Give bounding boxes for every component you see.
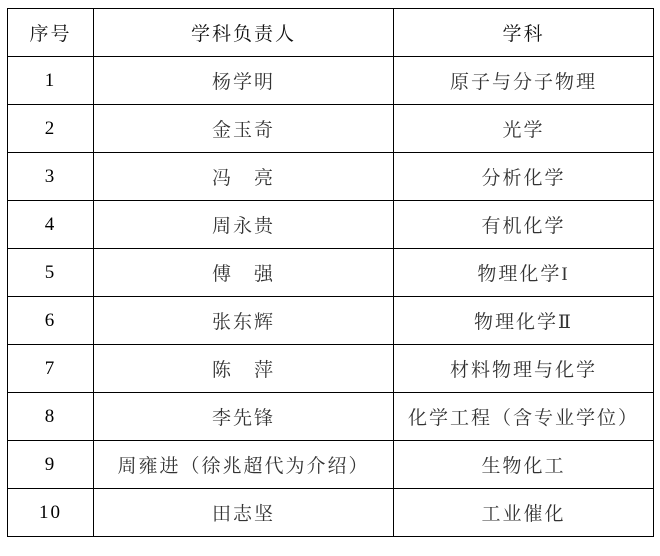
table-row: 7 陈 萍 材料物理与化学 — [8, 345, 654, 393]
table-row: 5 傅 强 物理化学I — [8, 249, 654, 297]
subject-name: 有机化学 — [394, 201, 654, 249]
leader-name: 金玉奇 — [94, 105, 394, 153]
row-number: 2 — [8, 105, 94, 153]
table-row: 4 周永贵 有机化学 — [8, 201, 654, 249]
row-number: 6 — [8, 297, 94, 345]
header-subject: 学科 — [394, 9, 654, 57]
leader-name: 傅 强 — [94, 249, 394, 297]
row-number: 5 — [8, 249, 94, 297]
subject-name: 化学工程（含专业学位） — [394, 393, 654, 441]
row-number: 7 — [8, 345, 94, 393]
table-row: 2 金玉奇 光学 — [8, 105, 654, 153]
table-row: 8 李先锋 化学工程（含专业学位） — [8, 393, 654, 441]
subject-name: 原子与分子物理 — [394, 57, 654, 105]
table-row: 9 周雍进（徐兆超代为介绍） 生物化工 — [8, 441, 654, 489]
leader-name: 陈 萍 — [94, 345, 394, 393]
leader-name: 杨学明 — [94, 57, 394, 105]
subject-name: 材料物理与化学 — [394, 345, 654, 393]
table-row: 1 杨学明 原子与分子物理 — [8, 57, 654, 105]
header-leader: 学科负责人 — [94, 9, 394, 57]
leader-name: 周永贵 — [94, 201, 394, 249]
row-number: 8 — [8, 393, 94, 441]
subject-name: 生物化工 — [394, 441, 654, 489]
subject-name: 物理化学I — [394, 249, 654, 297]
row-number: 4 — [8, 201, 94, 249]
row-number: 3 — [8, 153, 94, 201]
row-number: 1 — [8, 57, 94, 105]
header-number: 序号 — [8, 9, 94, 57]
table-header-row: 序号 学科负责人 学科 — [8, 9, 654, 57]
table-row: 3 冯 亮 分析化学 — [8, 153, 654, 201]
leader-name: 周雍进（徐兆超代为介绍） — [94, 441, 394, 489]
subject-name: 物理化学Ⅱ — [394, 297, 654, 345]
subject-name: 工业催化 — [394, 489, 654, 537]
leader-name: 李先锋 — [94, 393, 394, 441]
leader-name: 冯 亮 — [94, 153, 394, 201]
table-row: 6 张东辉 物理化学Ⅱ — [8, 297, 654, 345]
row-number: 10 — [8, 489, 94, 537]
subject-name: 光学 — [394, 105, 654, 153]
row-number: 9 — [8, 441, 94, 489]
discipline-leaders-table: 序号 学科负责人 学科 1 杨学明 原子与分子物理 2 金玉奇 光学 3 冯 亮… — [7, 8, 654, 537]
table-row: 10 田志坚 工业催化 — [8, 489, 654, 537]
subject-name: 分析化学 — [394, 153, 654, 201]
leader-name: 田志坚 — [94, 489, 394, 537]
leader-name: 张东辉 — [94, 297, 394, 345]
